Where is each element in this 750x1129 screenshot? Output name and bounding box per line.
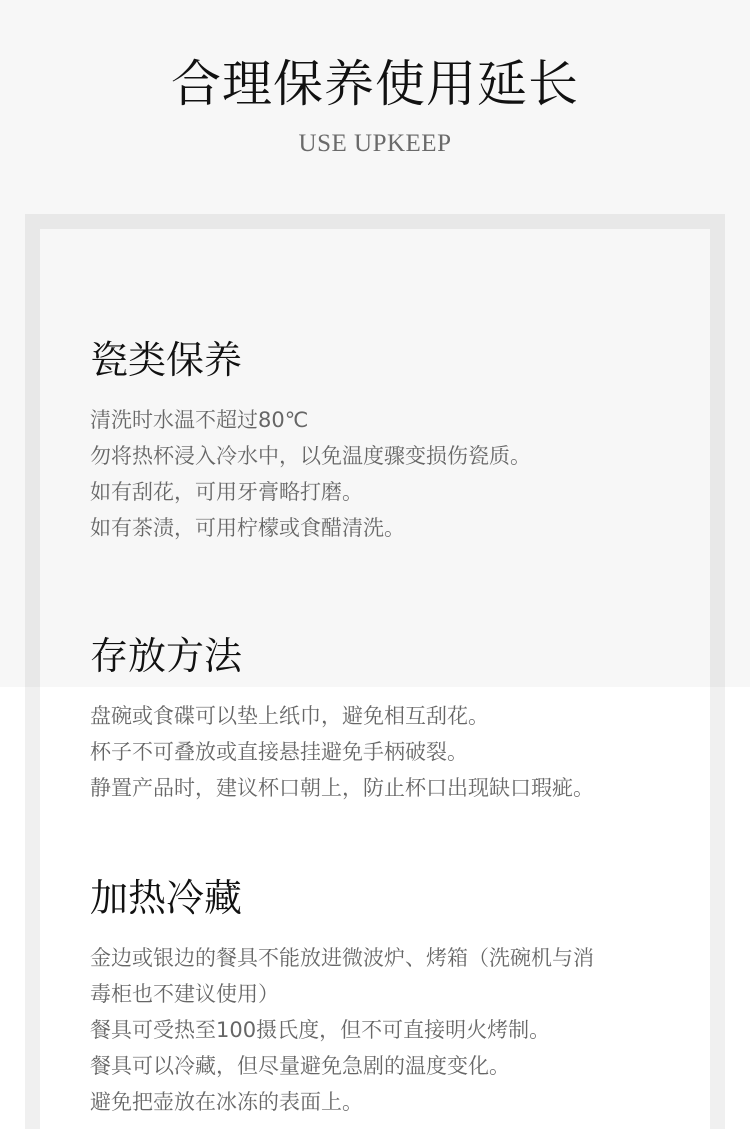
body-line: 金边或银边的餐具不能放进微波炉、烤箱（洗碗机与消 (90, 940, 690, 976)
content-frame: 瓷类保养 清洗时水温不超过80℃ 勿将热杯浸入冷水中，以免温度骤变损伤瓷质。 如… (25, 214, 725, 1129)
page-title: 合理保养使用延长 (0, 52, 750, 116)
section-heating-refrigeration: 加热冷藏 金边或银边的餐具不能放进微波炉、烤箱（洗碗机与消 毒柜也不建议使用） … (90, 874, 690, 1120)
section-body: 清洗时水温不超过80℃ 勿将热杯浸入冷水中，以免温度骤变损伤瓷质。 如有刮花，可… (90, 402, 690, 546)
body-line: 静置产品时，建议杯口朝上，防止杯口出现缺口瑕疵。 (90, 770, 690, 806)
body-line: 如有刮花，可用牙膏略打磨。 (90, 474, 690, 510)
section-porcelain-care: 瓷类保养 清洗时水温不超过80℃ 勿将热杯浸入冷水中，以免温度骤变损伤瓷质。 如… (90, 336, 690, 546)
section-storage-method: 存放方法 盘碗或食碟可以垫上纸巾，避免相互刮花。 杯子不可叠放或直接悬挂避免手柄… (90, 632, 690, 806)
section-heading: 存放方法 (90, 632, 690, 680)
content-panel: 瓷类保养 清洗时水温不超过80℃ 勿将热杯浸入冷水中，以免温度骤变损伤瓷质。 如… (40, 229, 710, 1129)
body-line: 毒柜也不建议使用） (90, 976, 690, 1012)
body-line: 杯子不可叠放或直接悬挂避免手柄破裂。 (90, 734, 690, 770)
section-heading: 加热冷藏 (90, 874, 690, 922)
body-line: 如有茶渍，可用柠檬或食醋清洗。 (90, 510, 690, 546)
body-line: 盘碗或食碟可以垫上纸巾，避免相互刮花。 (90, 698, 690, 734)
body-line: 餐具可受热至100摄氏度，但不可直接明火烤制。 (90, 1012, 690, 1048)
section-body: 盘碗或食碟可以垫上纸巾，避免相互刮花。 杯子不可叠放或直接悬挂避免手柄破裂。 静… (90, 698, 690, 806)
section-heading: 瓷类保养 (90, 336, 690, 384)
page-subtitle: USE UPKEEP (0, 128, 750, 160)
body-line: 清洗时水温不超过80℃ (90, 402, 690, 438)
section-body: 金边或银边的餐具不能放进微波炉、烤箱（洗碗机与消 毒柜也不建议使用） 餐具可受热… (90, 940, 690, 1120)
body-line: 勿将热杯浸入冷水中，以免温度骤变损伤瓷质。 (90, 438, 690, 474)
body-line: 餐具可以冷藏，但尽量避免急剧的温度变化。 (90, 1048, 690, 1084)
body-line: 避免把壶放在冰冻的表面上。 (90, 1084, 690, 1120)
